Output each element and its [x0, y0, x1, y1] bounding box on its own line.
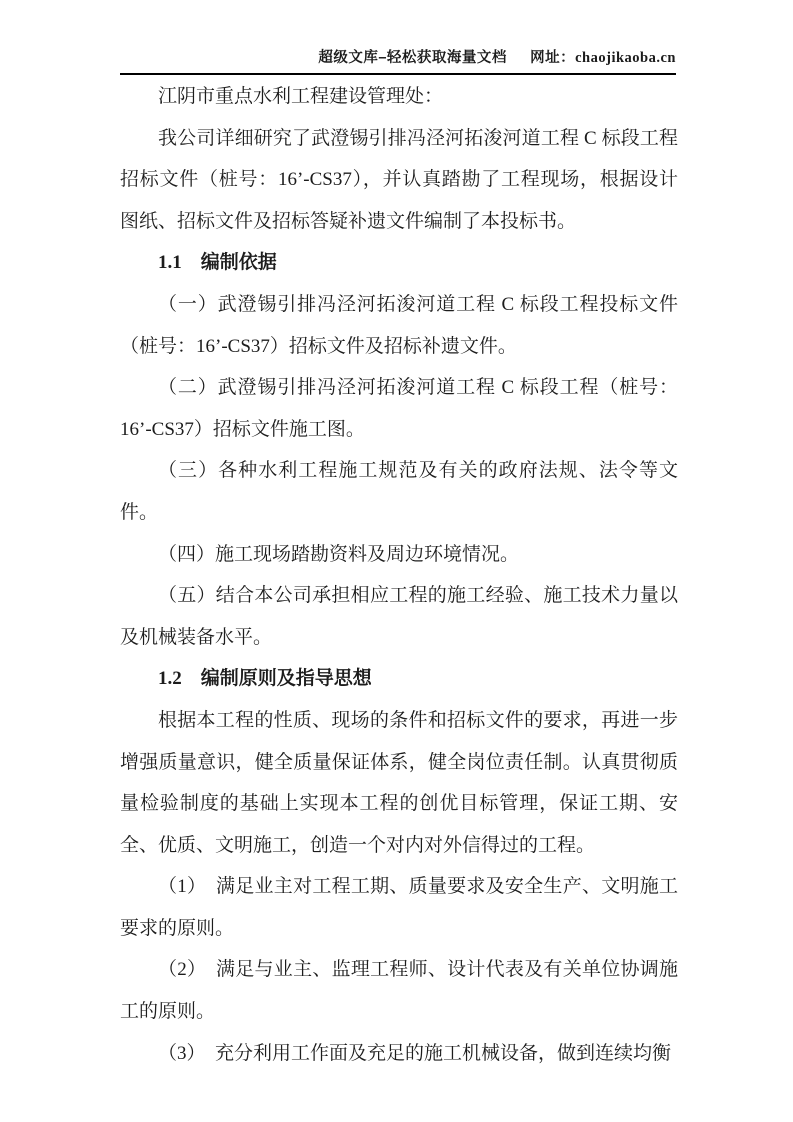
section-number: 1.2 — [158, 668, 182, 689]
section-number: 1.1 — [158, 252, 182, 273]
paragraph: 根据本工程的性质、现场的条件和招标文件的要求，再进一步增强质量意识，健全质量保证… — [120, 700, 678, 866]
paragraph: （五）结合本公司承担相应工程的施工经验、施工技术力量以及机械装备水平。 — [120, 575, 678, 658]
document-body: 江阴市重点水利工程建设管理处：我公司详细研究了武澄锡引排冯泾河拓浚河道工程 C … — [120, 76, 678, 1074]
section-heading: 1.1编制依据 — [120, 242, 678, 284]
paragraph: （一）武澄锡引排冯泾河拓浚河道工程 C 标段工程投标文件（桩号：16’-CS37… — [120, 284, 678, 367]
paragraph: 我公司详细研究了武澄锡引排冯泾河拓浚河道工程 C 标段工程招标文件（桩号：16’… — [120, 118, 678, 243]
document-page: 超级文库–轻松获取海量文档网址：chaojikaoba.cn 江阴市重点水利工程… — [0, 0, 793, 1122]
section-title: 编制依据 — [201, 252, 277, 273]
section-heading: 1.2编制原则及指导思想 — [120, 658, 678, 700]
page-header: 超级文库–轻松获取海量文档网址：chaojikaoba.cn — [120, 46, 676, 75]
paragraph: （2） 满足与业主、监理工程师、设计代表及有关单位协调施工的原则。 — [120, 949, 678, 1032]
paragraph: （1） 满足业主对工程工期、质量要求及安全生产、文明施工要求的原则。 — [120, 866, 678, 949]
header-url: chaojikaoba.cn — [575, 50, 676, 66]
paragraph: （三）各种水利工程施工规范及有关的政府法规、法令等文件。 — [120, 450, 678, 533]
header-url-label: 网址： — [530, 50, 575, 66]
paragraph: （二）武澄锡引排冯泾河拓浚河道工程 C 标段工程（桩号：16’-CS37）招标文… — [120, 367, 678, 450]
header-site-label: 超级文库–轻松获取海量文档 — [318, 50, 507, 66]
paragraph: （3） 充分利用工作面及充足的施工机械设备，做到连续均衡 — [120, 1033, 678, 1075]
paragraph: 江阴市重点水利工程建设管理处： — [120, 76, 678, 118]
paragraph: （四）施工现场踏勘资料及周边环境情况。 — [120, 534, 678, 576]
section-title: 编制原则及指导思想 — [201, 668, 372, 689]
